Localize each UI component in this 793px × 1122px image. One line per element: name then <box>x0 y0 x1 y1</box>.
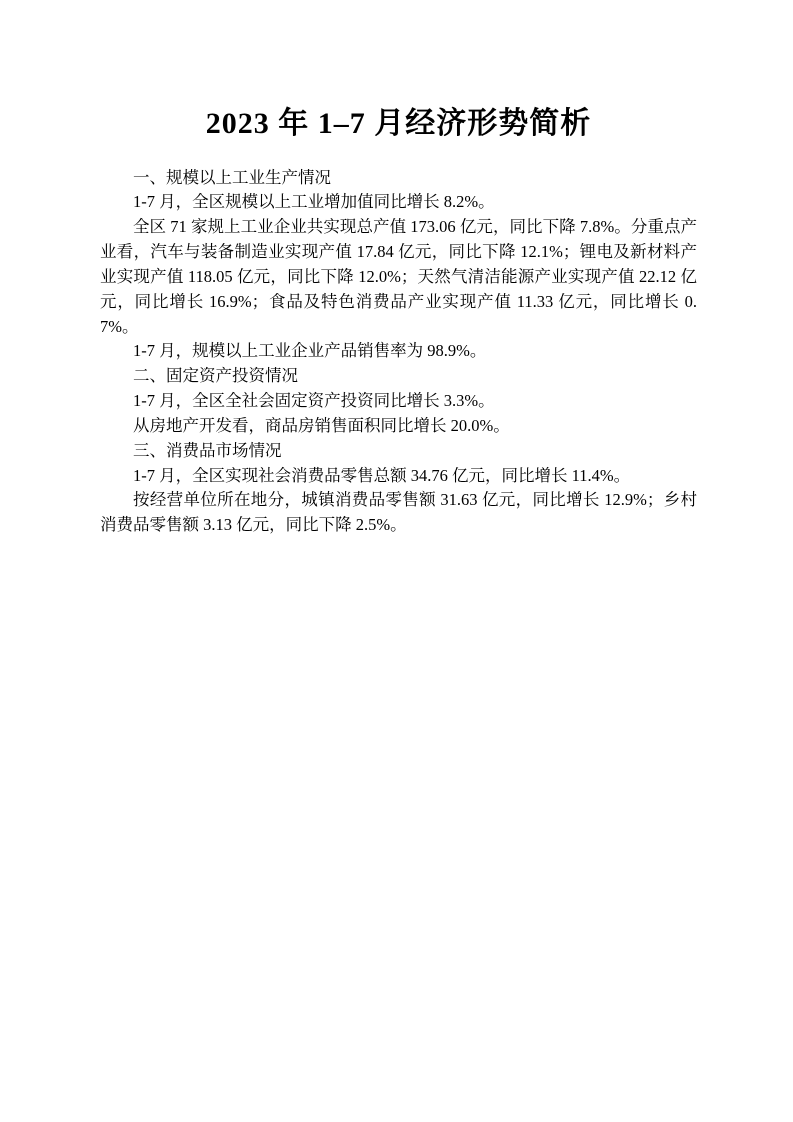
section-heading-industry: 一、规模以上工业生产情况 <box>100 166 697 191</box>
document-page: { "colors": { "page_background": "#fffff… <box>0 0 793 1122</box>
paragraph-industry-sales-rate: 1-7 月，规模以上工业企业产品销售率为 98.9%。 <box>100 339 697 364</box>
section-heading-consumer-market: 三、消费品市场情况 <box>100 439 697 464</box>
paragraph-retail-total: 1-7 月，全区实现社会消费品零售总额 34.76 亿元，同比增长 11.4%。 <box>100 464 697 489</box>
paragraph-real-estate: 从房地产开发看，商品房销售面积同比增长 20.0%。 <box>100 414 697 439</box>
paragraph-retail-by-location: 按经营单位所在地分，城镇消费品零售额 31.63 亿元，同比增长 12.9%；乡… <box>100 488 697 538</box>
document-content: 2023 年 1–7 月经济形势简析 一、规模以上工业生产情况 1-7 月，全区… <box>0 0 793 1122</box>
paragraph-industry-output-detail: 全区 71 家规上工业企业共实现总产值 173.06 亿元，同比下降 7.8%。… <box>100 215 697 339</box>
section-heading-investment: 二、固定资产投资情况 <box>100 364 697 389</box>
document-title: 2023 年 1–7 月经济形势简析 <box>100 104 697 145</box>
paragraph-fixed-asset-investment: 1-7 月，全区全社会固定资产投资同比增长 3.3%。 <box>100 389 697 414</box>
paragraph-industry-added-value: 1-7 月，全区规模以上工业增加值同比增长 8.2%。 <box>100 190 697 215</box>
